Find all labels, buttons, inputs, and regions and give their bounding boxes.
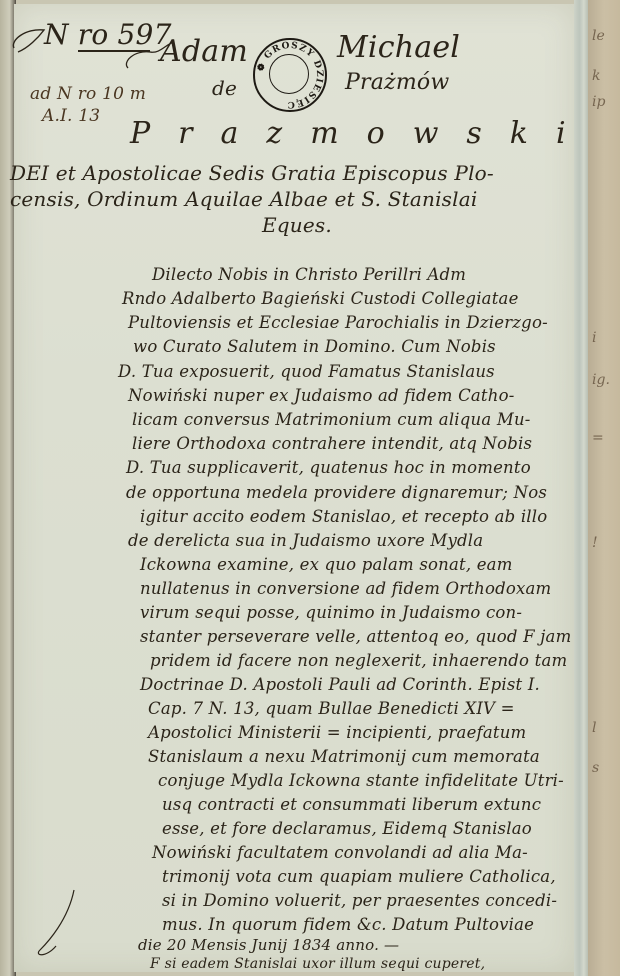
body-line: conjuge Mydla Ickowna stante infidelitat… <box>158 771 564 790</box>
date-line: die 20 Mensis Junij 1834 anno. — <box>138 936 399 954</box>
annotation-line-1: ad N ro 10 m <box>30 84 146 104</box>
stamp-text-ring: ❁ GROSZY DZIESIĘC <box>252 37 328 113</box>
surname-prazmowski: Prazmowski <box>130 116 594 151</box>
tax-stamp: ❁ GROSZY DZIESIĘC <box>253 38 327 112</box>
title-line-2: censis, Ordinum Aquilae Albae et S. Stan… <box>10 187 477 211</box>
place-prazmow: Prażmów <box>345 70 449 95</box>
body-line: esse, et fore declaramus, Eidemq Stanisl… <box>162 819 532 838</box>
adjacent-fragment: l <box>592 720 596 736</box>
adjacent-fragment: ! <box>592 535 598 551</box>
given-name-adam: Adam <box>160 34 248 69</box>
body-line: virum sequi posse, quinimo in Judaismo c… <box>140 603 522 622</box>
body-line: licam conversus Matrimonium cum aliqua M… <box>132 410 531 429</box>
body-line: wo Curato Salutem in Domino. Cum Nobis <box>133 337 496 356</box>
body-line: de opportuna medela providere dignaremur… <box>126 483 547 502</box>
body-line: igitur accito eodem Stanislao, et recept… <box>140 507 547 526</box>
title-line-3: Eques. <box>262 213 332 237</box>
adjacent-fragment: le <box>592 28 605 44</box>
annotation-line-2: A.I. 13 <box>42 106 100 126</box>
body-line: Stanislaum a nexu Matrimonij cum memorat… <box>148 747 540 766</box>
body-line: de derelicta sua in Judaismo uxore Mydla <box>128 531 483 550</box>
body-line: Doctrinae D. Apostoli Pauli ad Corinth. … <box>140 675 540 694</box>
body-line: liere Orthodoxa contrahere intendit, atq… <box>132 434 532 453</box>
adjacent-fragment: s <box>592 760 599 776</box>
body-line: D. Tua supplicaverit, quatenus hoc in mo… <box>126 458 531 477</box>
body-line: Dilecto Nobis in Christo Perillri Adm <box>152 265 466 284</box>
body-line: Pultoviensis et Ecclesiae Parochialis in… <box>128 313 548 332</box>
body-line: Cap. 7 N. 13, quam Bullae Benedicti XIV … <box>148 699 515 718</box>
body-line: Ickowna examine, ex quo palam sonat, eam <box>140 555 513 574</box>
body-line: nullatenus in conversione ad fidem Ortho… <box>140 579 551 598</box>
given-name-michael: Michael <box>337 30 460 65</box>
body-line: Apostolici Ministerii = incipienti, prae… <box>148 723 526 742</box>
particle-de: de <box>212 76 237 100</box>
adjacent-fragment: = <box>592 430 604 446</box>
adjacent-fragment: ig. <box>592 372 610 388</box>
body-line: pridem id facere non neglexerit, inhaere… <box>150 651 567 670</box>
title-line-1: DEI et Apostolicae Sedis Gratia Episcopu… <box>10 161 494 185</box>
body-line: D. Tua exposuerit, quod Famatus Stanisla… <box>118 362 495 381</box>
body-line: Nowiński nuper ex Judaismo ad fidem Cath… <box>128 386 515 405</box>
postscript-line: F si eadem Stanislai uxor illum sequi cu… <box>150 956 485 972</box>
svg-text:❁ GROSZY DZIESIĘC: ❁ GROSZY DZIESIĘC <box>256 41 324 109</box>
body-line: Rndo Adalberto Bagieński Custodi Collegi… <box>122 289 519 308</box>
body-line: stanter perseverare velle, attentoq eo, … <box>140 627 571 646</box>
adjacent-fragment: ip <box>592 94 605 110</box>
adjacent-fragment: i <box>592 330 596 346</box>
body-line: Nowiński facultatem convolandi ad alia M… <box>152 843 528 862</box>
adjacent-fragment: k <box>592 68 600 84</box>
body-line: usq contracti et consummati liberum extu… <box>162 795 541 814</box>
